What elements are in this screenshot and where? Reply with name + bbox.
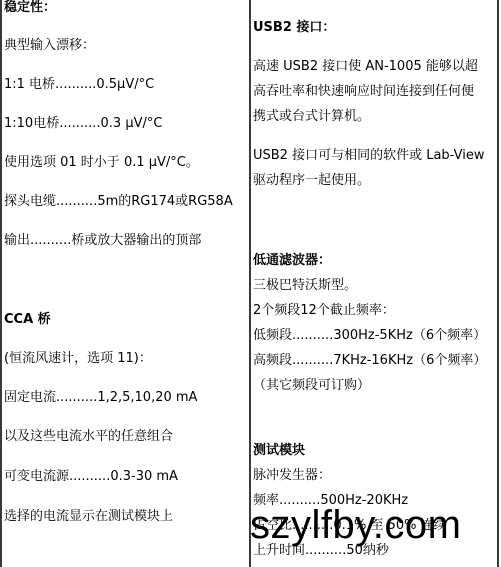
cca-bridge-line: 以及这些电流水平的任意组合	[4, 429, 173, 445]
table-border-middle	[249, 0, 251, 567]
cca-bridge-line: 固定电流..........1,2,5,10,20 mA	[4, 390, 197, 406]
table-border-right	[497, 0, 499, 567]
usb2-paragraph-line: 驱动程序一起使用。	[253, 173, 370, 189]
test-module-line: 脉冲发生器：	[253, 468, 331, 484]
stability-line: 典型输入漂移：	[4, 38, 95, 54]
usb2-paragraph-line: 高吞吐率和快速响应时间连接到任何便	[253, 84, 474, 100]
cca-bridge-heading: CCA 桥	[4, 312, 51, 328]
lowpass-filter-line: 三极巴特沃斯型。	[253, 278, 357, 294]
lowpass-filter-line: 2个频段12个截止频率：	[253, 303, 395, 319]
usb2-paragraph-line: 高速 USB2 接口使 AN-1005 能够以超	[253, 59, 478, 75]
lowpass-filter-line: 低频段..........300Hz-5KHz（6个频率）	[253, 328, 486, 344]
stability-line: 1:10电桥..........0.3 µV/°C	[4, 116, 162, 132]
lowpass-filter-line: （其它频段可订购）	[253, 378, 370, 394]
usb2-heading: USB2 接口：	[253, 20, 335, 36]
usb2-paragraph-line: 携式或台式计算机。	[253, 109, 370, 125]
stability-line: 使用选项 01 时小于 0.1 µV/°C。	[4, 155, 199, 171]
cca-bridge-line: 可变电流源..........0.3-30 mA	[4, 469, 178, 485]
usb2-paragraph-line: USB2 接口可与相同的软件或 Lab-View	[253, 148, 484, 164]
cca-bridge-line: (恒流风速计，选项 11)：	[4, 351, 152, 367]
lowpass-filter-line: 高频段..........7KHz-16KHz（6个频率）	[253, 353, 486, 369]
stability-line: 探头电缆..........5m的RG174或RG58A	[4, 194, 233, 210]
test-module-heading: 测试模块	[253, 443, 305, 459]
cca-bridge-line: 选择的电流显示在测试模块上	[4, 509, 173, 525]
stability-heading: 稳定性：	[4, 0, 56, 16]
lowpass-filter-heading: 低通滤波器：	[253, 253, 331, 269]
stability-line: 1:1 电桥..........0.5µV/°C	[4, 77, 154, 93]
table-border-left	[0, 0, 2, 567]
stability-line: 输出..........桥或放大器输出的顶部	[4, 233, 201, 249]
watermark-text: szylfby.com	[250, 503, 461, 547]
